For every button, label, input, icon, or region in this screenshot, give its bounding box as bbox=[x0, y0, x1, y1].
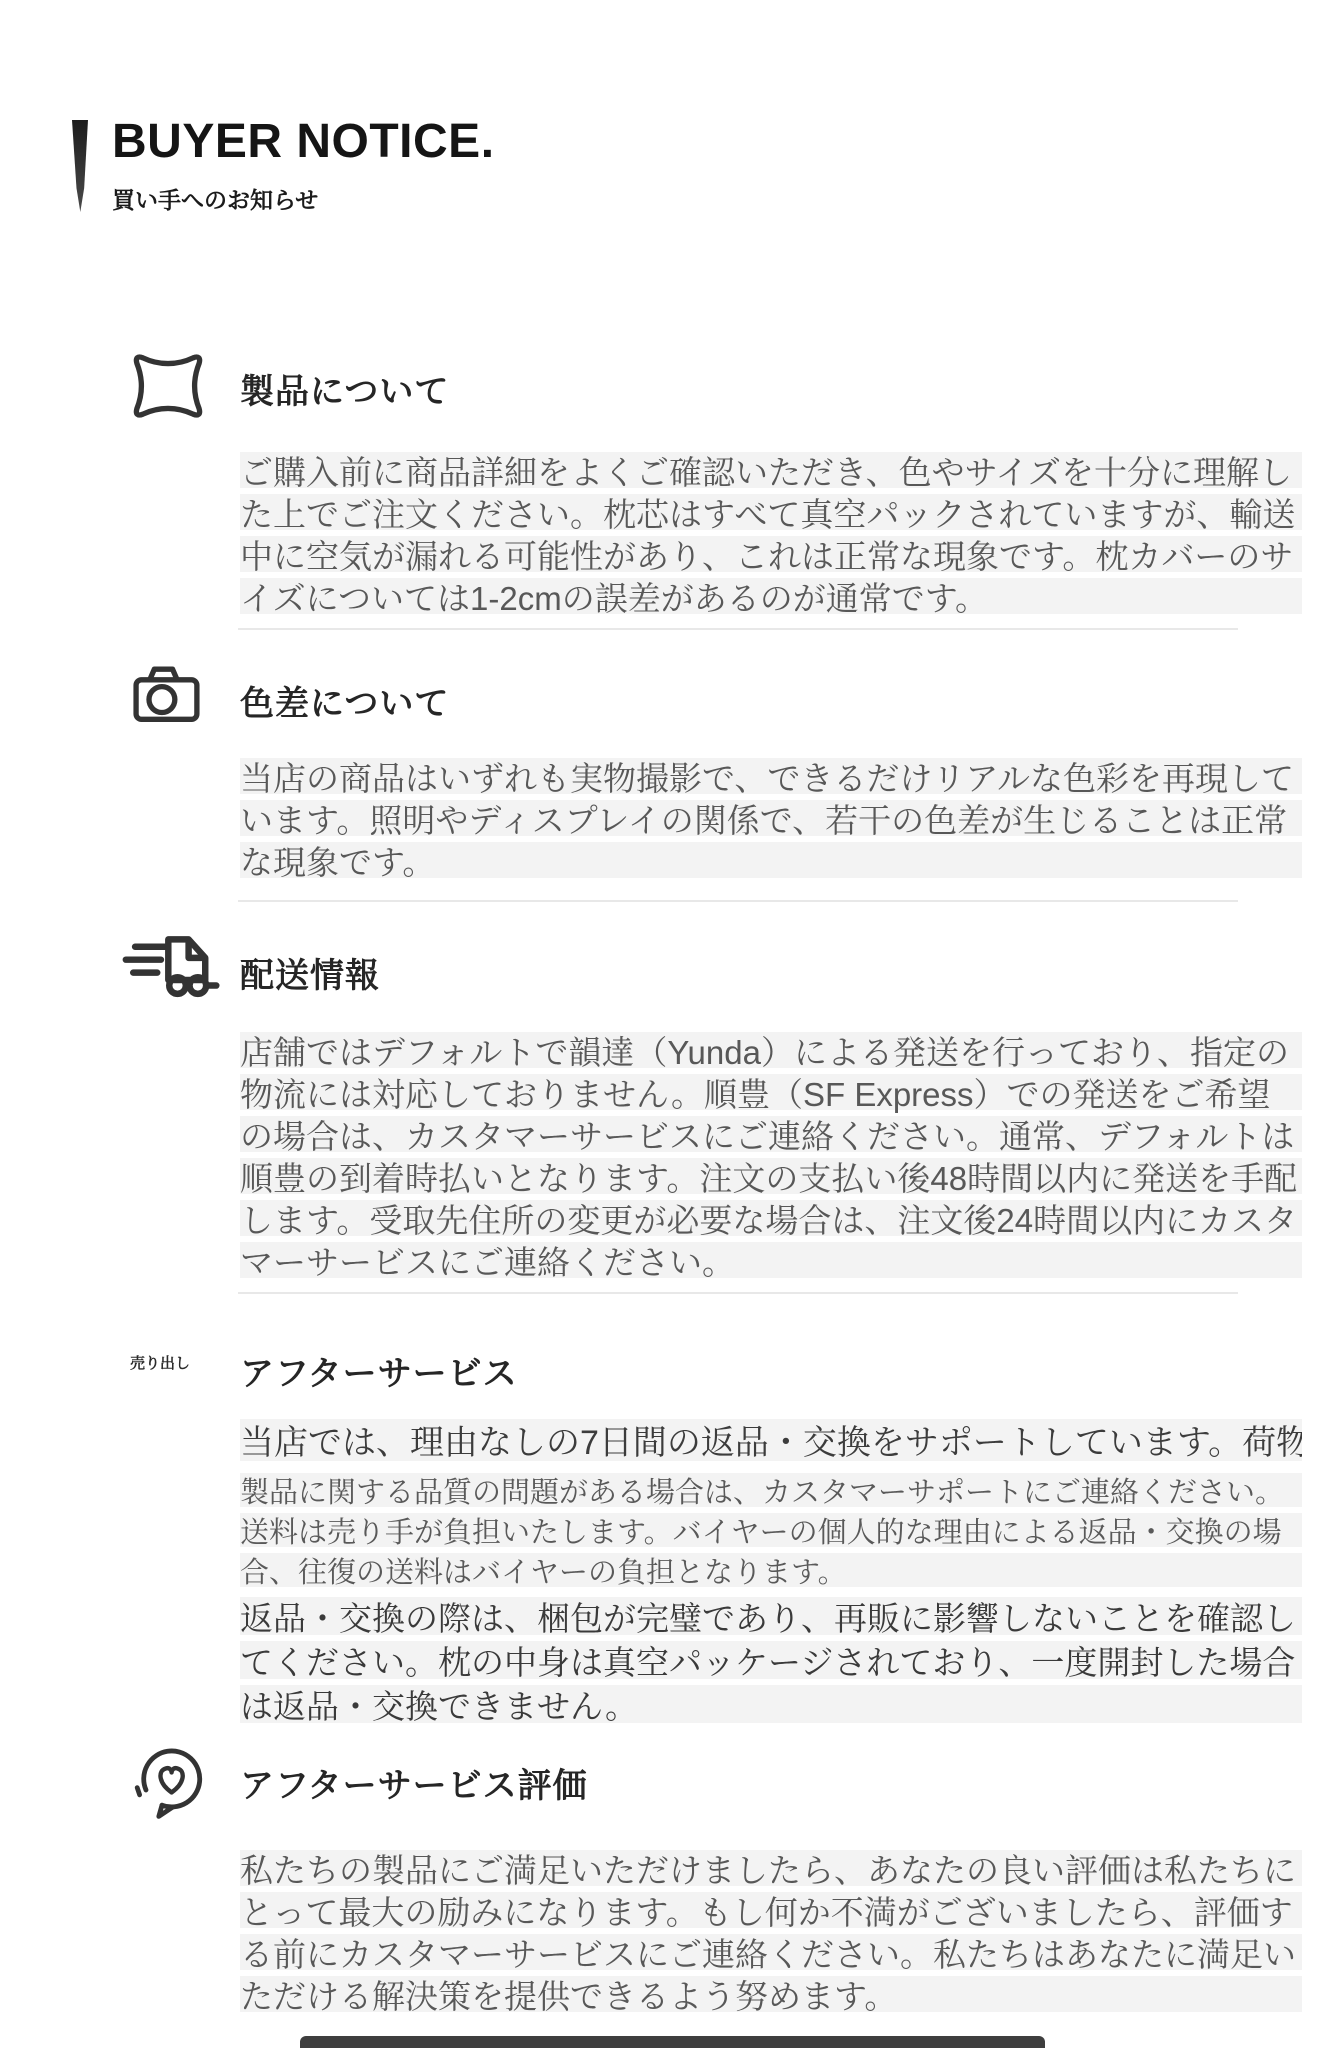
camera-icon bbox=[130, 660, 240, 730]
truck-icon bbox=[120, 932, 240, 1004]
section-heading: アフターサービス bbox=[240, 1330, 1302, 1395]
next-section-banner-edge bbox=[300, 2036, 1045, 2048]
page-title: BUYER NOTICE. bbox=[112, 116, 495, 168]
section-heading: 色差について bbox=[240, 660, 1302, 725]
section-heading: アフターサービス評価 bbox=[240, 1742, 1302, 1807]
after-service-lead: 当店では、理由なしの7日間の返品・交換をサポートしています。荷物が届 bbox=[240, 1419, 1302, 1467]
sale-side-label: 売り出し bbox=[130, 1330, 240, 1373]
after-service-body: 製品に関する品質の問題がある場合は、カスタマーサポートにご連絡ください。送料は売… bbox=[240, 1473, 1302, 1593]
divider bbox=[238, 900, 1238, 902]
section-body: 店舗ではデフォルトで韻達（Yunda）による発送を行っており、指定の物流には対応… bbox=[240, 1032, 1302, 1284]
section-shipping: 配送情報 店舗ではデフォルトで韻達（Yunda）による発送を行っており、指定の物… bbox=[130, 932, 1302, 1284]
heart-bubble-icon bbox=[130, 1742, 240, 1822]
section-body: ご購入前に商品詳細をよくご確認いただき、色やサイズを十分に理解した上でご注文くだ… bbox=[240, 452, 1302, 620]
buyer-notice-page: BUYER NOTICE. 買い手へのお知らせ 製品について ご購入前に商品詳細… bbox=[0, 0, 1343, 2048]
section-service-review: アフターサービス評価 私たちの製品にご満足いただけましたら、あなたの良い評価は私… bbox=[130, 1742, 1302, 2018]
after-service-note: 返品・交換の際は、梱包が完璧であり、再販に影響しないことを確認してください。枕の… bbox=[240, 1597, 1302, 1729]
section-heading: 配送情報 bbox=[240, 932, 1302, 997]
section-heading: 製品について bbox=[240, 348, 1302, 413]
section-product: 製品について ご購入前に商品詳細をよくご確認いただき、色やサイズを十分に理解した… bbox=[130, 348, 1302, 620]
section-after-service: 売り出し アフターサービス 当店では、理由なしの7日間の返品・交換をサポートして… bbox=[130, 1330, 1302, 1729]
page-subtitle: 買い手へのお知らせ bbox=[112, 182, 495, 215]
divider bbox=[238, 628, 1238, 630]
divider bbox=[238, 1292, 1238, 1294]
section-body: 当店の商品はいずれも実物撮影で、できるだけリアルな色彩を再現しています。照明やデ… bbox=[240, 758, 1302, 884]
pillow-icon bbox=[130, 348, 240, 424]
section-body: 私たちの製品にご満足いただけましたら、あなたの良い評価は私たちにとって最大の励み… bbox=[240, 1850, 1302, 2018]
section-color-difference: 色差について 当店の商品はいずれも実物撮影で、できるだけリアルな色彩を再現してい… bbox=[130, 660, 1302, 884]
header: BUYER NOTICE. 買い手へのお知らせ bbox=[72, 116, 495, 215]
accent-brush-bar bbox=[72, 120, 88, 212]
